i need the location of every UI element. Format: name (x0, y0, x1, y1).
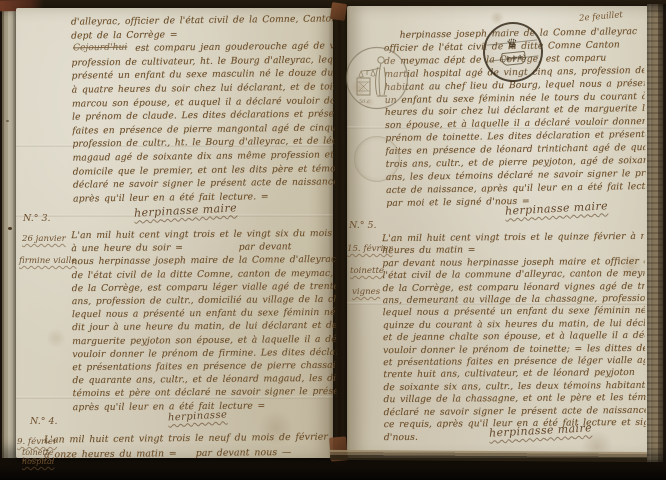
crown-icon: ♛ (506, 38, 519, 51)
record-name: vignes (352, 287, 380, 297)
manuscript-line: témoins et père ont déclaré ne savoir si… (73, 385, 337, 401)
book-left-page-edges (0, 2, 17, 458)
binding-tear (330, 2, 347, 21)
manuscript-block-2: L'an mil huit cent vingt trois et le vin… (71, 227, 337, 414)
justice-figure-embossed-stamp-icon: 50.c (344, 45, 410, 111)
record-number: N.° 4. (30, 416, 58, 427)
stamp-pedestal-label: 50.c (359, 99, 370, 105)
manuscript-line: L'an mil huit cent vingt trois le neuf d… (44, 430, 338, 448)
book-bottom-page-edges (330, 450, 652, 462)
record-number: N.° 3. (23, 213, 51, 224)
manuscript-block-2: L'an mil huit cent vingt trois et le qui… (382, 231, 646, 444)
record-date: 26 janvier (22, 234, 66, 244)
struck-word: Cejourd'hui (73, 42, 127, 54)
manuscript-line: L'an mil huit cent vingt trois et le vin… (71, 227, 335, 243)
manuscript-line: à onze heures du matin = par devant nous… (44, 445, 338, 463)
binding-gutter (328, 5, 350, 459)
record-name: toinette (350, 266, 384, 276)
mayor-signature: herpinasse (168, 409, 228, 423)
record-name: firmine vialle (19, 256, 76, 266)
book-fore-edge (647, 4, 666, 462)
record-number: N.° 5. (349, 220, 377, 231)
manuscript-block-3: L'an mil huit cent vingt trois le neuf d… (44, 430, 338, 462)
right-page: 2e feuillet herpinasse joseph maire de l… (347, 6, 648, 458)
manuscript-book-photo: d'alleyrac, officier de l'état civil de … (0, 0, 666, 480)
left-page: d'alleyrac, officier de l'état civil de … (16, 8, 333, 458)
embossed-watermark-circle (354, 136, 400, 182)
ink-speck (6, 120, 9, 122)
folio-annotation: 2e feuillet (579, 10, 624, 24)
ink-speck (8, 227, 12, 230)
